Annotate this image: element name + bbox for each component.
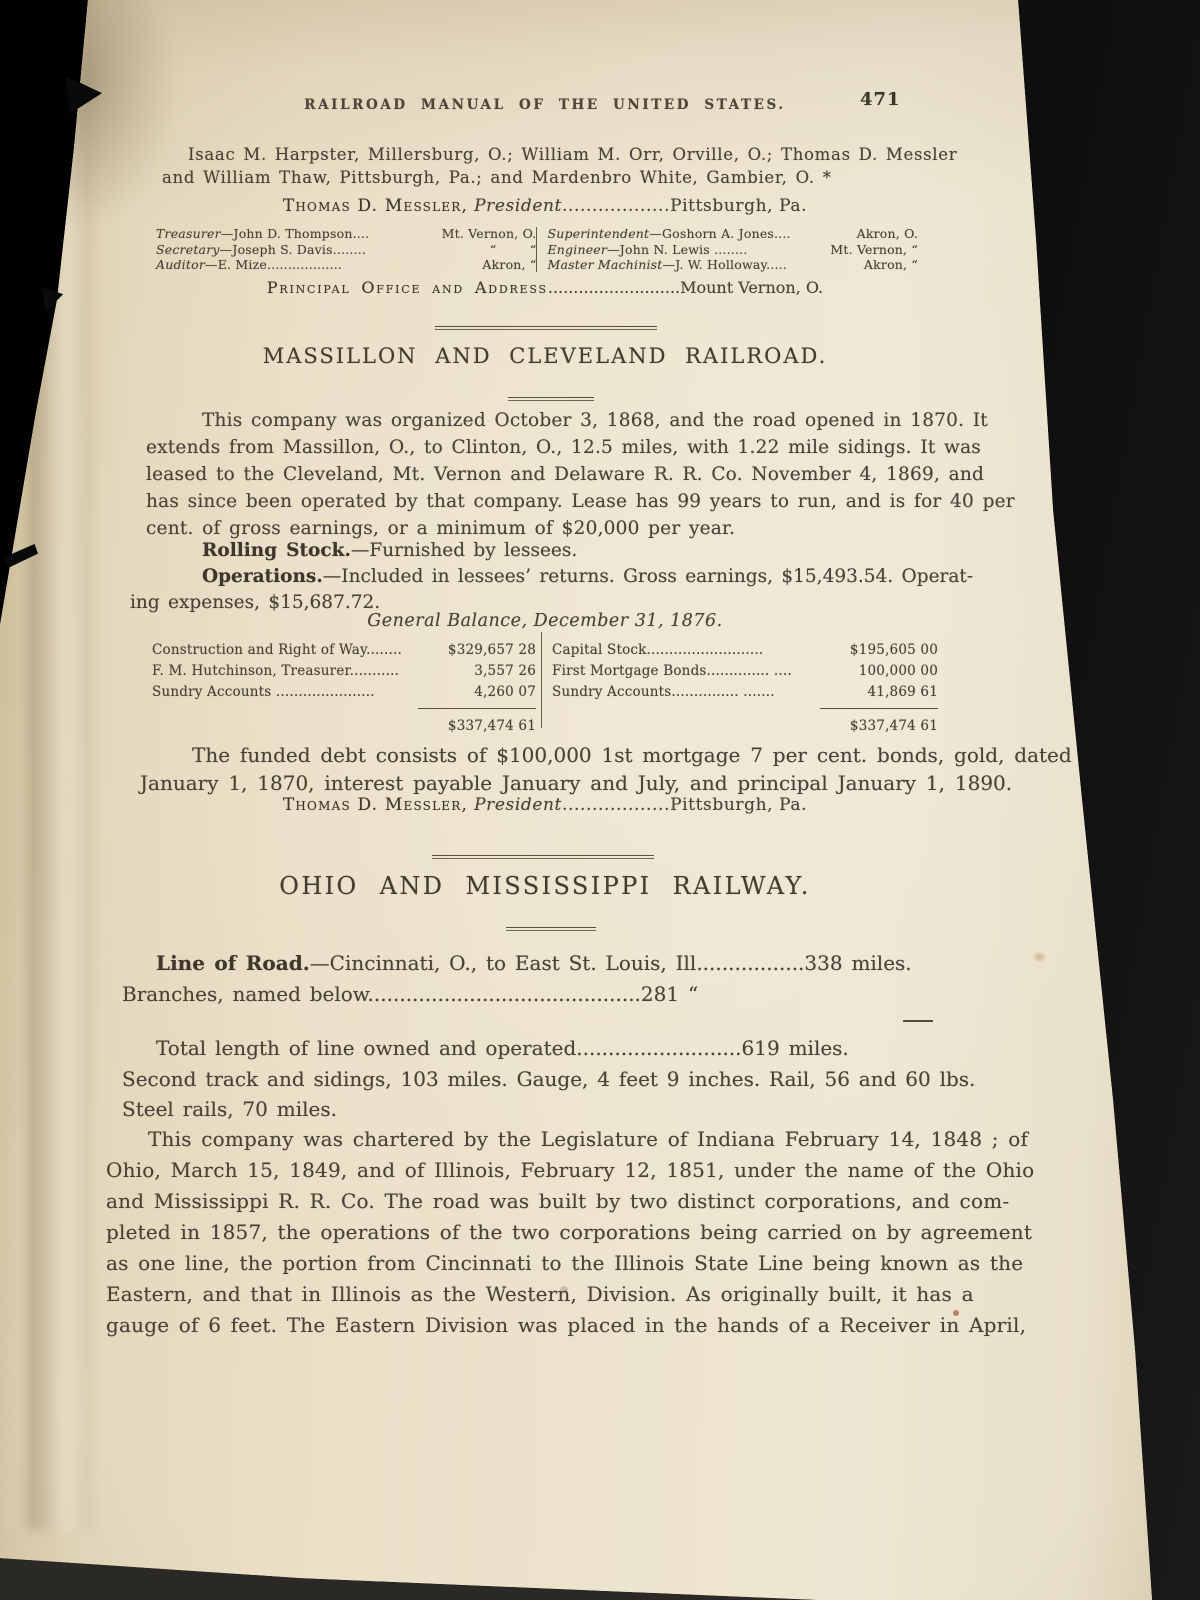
officer-name: —John D. Thompson.... (221, 226, 370, 242)
balance-amount: 41,869 61 (867, 682, 938, 703)
balance-amount: $195,605 00 (850, 640, 938, 661)
officer-role: Engineer (547, 242, 607, 258)
paragraph-line: gauge of 6 feet. The Eastern Division wa… (106, 1310, 998, 1341)
officer-row: Superintendent—Goshorn A. Jones....Akron… (547, 226, 918, 242)
balance-item: F. M. Hutchinson, Treasurer........... (152, 661, 399, 682)
paragraph-line: pleted in 1857, the operations of the tw… (106, 1217, 998, 1248)
ohio-section-heading: OHIO AND MISSISSIPPI RAILWAY. (130, 872, 960, 900)
balance-item: First Mortgage Bonds.............. .... (552, 661, 792, 682)
page-number: 471 (860, 89, 901, 110)
officers-right-column: Superintendent—Goshorn A. Jones....Akron… (537, 226, 918, 273)
balance-column-divider (541, 632, 542, 728)
president-location: Pittsburgh, Pa. (670, 795, 807, 815)
sum-rule (820, 708, 938, 709)
line-of-road-value: 338 miles. (804, 951, 911, 975)
balance-item: Construction and Right of Way........ (152, 640, 402, 661)
officer-role: Secretary (156, 242, 220, 258)
balance-row: Sundry Accounts ......................4,… (152, 682, 536, 703)
officer-location: Akron, O. (857, 226, 918, 242)
president-location: Pittsburgh, Pa. (670, 196, 807, 216)
president-title: President (474, 196, 562, 216)
leader-dots: ........................................… (368, 982, 641, 1006)
balance-right-column: Capital Stock..........................$… (552, 640, 938, 737)
paragraph-line: extends from Massillon, O., to Clinton, … (146, 434, 958, 461)
steel-rails-line: Steel rails, 70 miles. (122, 1097, 970, 1121)
paragraph-line: Ohio, March 15, 1849, and of Illinois, F… (106, 1155, 998, 1186)
directors-line: and William Thaw, Pittsburgh, Pa.; and M… (162, 166, 952, 189)
rolling-stock-text: —Furnished by lessees. (351, 540, 577, 561)
president-name: Thomas D. Messler, (283, 795, 468, 815)
officer-row: Master Machinist—J. W. Holloway.....Akro… (547, 257, 918, 273)
line-of-road-label: Line of Road. (156, 951, 310, 975)
officer-role: Master Machinist (547, 257, 662, 273)
section-divider-rule (432, 855, 654, 859)
balance-row: F. M. Hutchinson, Treasurer...........3,… (152, 661, 536, 682)
heading-underline-rule (506, 927, 596, 931)
operations-line: Operations.—Included in lessees’ returns… (146, 566, 958, 587)
officer-row: Engineer—John N. Lewis ........Mt. Verno… (547, 242, 918, 258)
officer-name: —Joseph S. Davis........ (220, 242, 366, 258)
principal-office-line: Principal Office and Address............… (130, 278, 960, 297)
balance-amount: 100,000 00 (859, 661, 938, 682)
leader-dots: .......................... (576, 1036, 741, 1060)
officers-left-column: Treasurer—John D. Thompson....Mt. Vernon… (156, 226, 536, 273)
balance-row: Construction and Right of Way........$32… (152, 640, 536, 661)
photograph-of-book-page: { "colors": { "backdrop": "#0b0b0b", "pa… (0, 0, 1200, 1600)
paragraph-line: The funded debt consists of $100,000 1st… (140, 741, 986, 769)
balance-row: Sundry Accounts............... .......41… (552, 682, 938, 703)
directors-line: Isaac M. Harpster, Millersburg, O.; Will… (162, 143, 952, 166)
massillon-paragraph: This company was organized October 3, 18… (146, 407, 958, 542)
officer-name: —J. W. Holloway..... (663, 257, 787, 273)
total-length-text: Total length of line owned and operated (156, 1036, 576, 1060)
balance-title: General Balance, December 31, 1876. (130, 611, 960, 631)
officer-location: “ “ (490, 242, 537, 258)
paragraph-line: January 1, 1870, interest payable Januar… (140, 769, 986, 797)
paragraph-line: This company was organized October 3, 18… (146, 407, 958, 434)
paragraph-line: leased to the Cleveland, Mt. Vernon and … (146, 461, 958, 488)
paragraph-line: Eastern, and that in Illinois as the Wes… (106, 1279, 998, 1310)
principal-office-label: Principal Office and Address (267, 278, 548, 297)
officer-row: Auditor—E. Mize..................Akron, … (156, 257, 536, 273)
officer-name: —Goshorn A. Jones.... (649, 226, 790, 242)
leader-dots: ................. (696, 951, 804, 975)
rolling-stock-line: Rolling Stock.—Furnished by lessees. (146, 540, 958, 561)
officers-table: Treasurer—John D. Thompson....Mt. Vernon… (156, 226, 918, 273)
line-of-road-text: —Cincinnati, O., to East St. Louis, Ill (310, 951, 697, 975)
balance-total: $337,474 61 (552, 716, 938, 737)
principal-office-value: Mount Vernon, O. (680, 278, 823, 297)
president-line: Thomas D. Messler, President............… (130, 795, 960, 815)
officer-role: Treasurer (156, 226, 221, 242)
massillon-section-heading: MASSILLON AND CLEVELAND RAILROAD. (130, 344, 960, 368)
line-of-road: Line of Road.—Cincinnati, O., to East St… (122, 951, 970, 975)
balance-item: Sundry Accounts............... ....... (552, 682, 775, 703)
balance-total: $337,474 61 (152, 716, 536, 737)
heading-underline-rule (508, 397, 594, 401)
officer-location: Akron, “ (864, 257, 918, 273)
leader-dots: .................. (562, 196, 670, 216)
running-header: RAILROAD MANUAL OF THE UNITED STATES. 47… (130, 94, 960, 113)
sum-rule (903, 1020, 933, 1022)
president-line: Thomas D. Messler, President............… (130, 196, 960, 216)
branches-text: Branches, named below (122, 982, 368, 1006)
funded-debt-paragraph: The funded debt consists of $100,000 1st… (140, 741, 986, 797)
branches-value: 281 “ (641, 982, 698, 1006)
operations-label: Operations. (202, 566, 323, 587)
paragraph-line: This company was chartered by the Legisl… (106, 1124, 998, 1155)
president-name: Thomas D. Messler, (283, 196, 468, 216)
total-length-line: Total length of line owned and operated.… (122, 1036, 970, 1060)
running-header-title: RAILROAD MANUAL OF THE UNITED STATES. (304, 97, 785, 113)
rolling-stock-label: Rolling Stock. (202, 540, 351, 561)
second-track-line: Second track and sidings, 103 miles. Gau… (122, 1067, 970, 1091)
officer-row: Secretary—Joseph S. Davis........“ “ (156, 242, 536, 258)
balance-row: First Mortgage Bonds.............. ....1… (552, 661, 938, 682)
balance-amount: 4,260 07 (474, 682, 536, 703)
balance-item: Sundry Accounts ...................... (152, 682, 375, 703)
balance-left-column: Construction and Right of Way........$32… (152, 640, 536, 737)
sum-rule (418, 708, 536, 709)
officer-location: Mt. Vernon, “ (830, 242, 918, 258)
balance-item: Capital Stock.......................... (552, 640, 763, 661)
leader-dots: .......................... (548, 278, 680, 297)
branches-line: Branches, named below...................… (122, 982, 970, 1006)
officer-row: Treasurer—John D. Thompson....Mt. Vernon… (156, 226, 536, 242)
page-content: RAILROAD MANUAL OF THE UNITED STATES. 47… (0, 0, 1200, 1600)
officer-location: Akron, “ (482, 257, 536, 273)
directors-paragraph: Isaac M. Harpster, Millersburg, O.; Will… (162, 143, 952, 189)
officer-location: Mt. Vernon, O. (442, 226, 537, 242)
section-divider-rule (435, 326, 657, 330)
officer-name: —John N. Lewis ........ (607, 242, 747, 258)
paragraph-line: has since been operated by that company.… (146, 488, 958, 515)
operations-continuation: ing expenses, $15,687.72. (130, 592, 942, 613)
paragraph-line: as one line, the portion from Cincinnati… (106, 1248, 998, 1279)
president-title: President (474, 795, 562, 815)
operations-text: —Included in lessees’ returns. Gross ear… (323, 566, 973, 587)
balance-amount: $329,657 28 (448, 640, 536, 661)
ohio-history-paragraph: This company was chartered by the Legisl… (106, 1124, 998, 1341)
leader-dots: .................. (562, 795, 670, 815)
officer-role: Superintendent (547, 226, 649, 242)
paragraph-line: cent. of gross earnings, or a minimum of… (146, 515, 958, 542)
officer-name: —E. Mize.................. (205, 257, 342, 273)
balance-amount: 3,557 26 (474, 661, 536, 682)
total-length-value: 619 miles. (742, 1036, 849, 1060)
officer-role: Auditor (156, 257, 205, 273)
paragraph-line: and Mississippi R. R. Co. The road was b… (106, 1186, 998, 1217)
balance-row: Capital Stock..........................$… (552, 640, 938, 661)
